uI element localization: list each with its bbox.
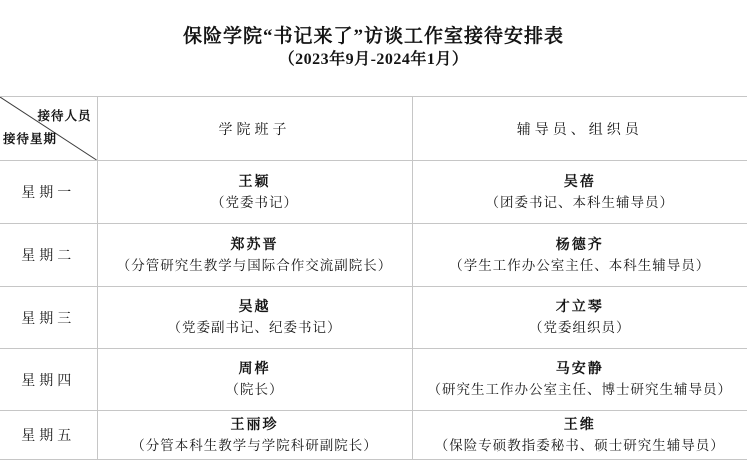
table-row: 星期五王丽珍（分管本科生教学与学院科研副院长）王维（保险专硕教指委秘书、硕士研究… — [0, 411, 747, 460]
title-block: 保险学院“书记来了”访谈工作室接待安排表 （2023年9月-2024年1月） — [0, 0, 747, 71]
weekday-label: 星期四 — [0, 349, 97, 411]
counselor-name: 杨德齐 — [417, 236, 744, 256]
weekday-label: 星期二 — [0, 224, 97, 287]
counselor-cell: 马安静（研究生工作办公室主任、博士研究生辅导员） — [412, 349, 747, 411]
counselor-cell: 杨德齐（学生工作办公室主任、本科生辅导员） — [412, 224, 747, 287]
table-row: 星期三吴越（党委副书记、纪委书记）才立琴（党委组织员） — [0, 287, 747, 349]
page-subtitle: （2023年9月-2024年1月） — [0, 49, 747, 71]
leader-title: （党委副书记、纪委书记） — [102, 318, 408, 337]
leader-title: （分管本科生教学与学院科研副院长） — [102, 436, 408, 455]
weekday-label: 星期五 — [0, 411, 97, 460]
counselor-title: （学生工作办公室主任、本科生辅导员） — [417, 256, 744, 275]
leader-title: （党委书记） — [102, 193, 408, 212]
leader-cell: 王丽珍（分管本科生教学与学院科研副院长） — [97, 411, 412, 460]
counselor-title: （研究生工作办公室主任、博士研究生辅导员） — [417, 380, 744, 399]
leader-cell: 吴越（党委副书记、纪委书记） — [97, 287, 412, 349]
counselor-cell: 才立琴（党委组织员） — [412, 287, 747, 349]
weekday-label: 星期一 — [0, 161, 97, 224]
leader-name: 吴越 — [102, 298, 408, 318]
corner-header-cell: 接待人员 接待星期 — [0, 97, 97, 161]
leader-name: 郑苏晋 — [102, 236, 408, 256]
table-row: 星期四周桦（院长）马安静（研究生工作办公室主任、博士研究生辅导员） — [0, 349, 747, 411]
corner-label-personnel: 接待人员 — [37, 106, 91, 124]
counselor-title: （保险专硕教指委秘书、硕士研究生辅导员） — [417, 436, 744, 455]
counselor-name: 马安静 — [417, 360, 744, 380]
leader-name: 王丽珍 — [102, 416, 408, 436]
header-row: 接待人员 接待星期 学院班子 辅导员、组织员 — [0, 97, 747, 161]
counselor-title: （团委书记、本科生辅导员） — [417, 193, 744, 212]
counselor-name: 吴蓓 — [417, 173, 744, 193]
counselor-name: 王维 — [417, 416, 744, 436]
counselor-cell: 吴蓓（团委书记、本科生辅导员） — [412, 161, 747, 224]
leader-cell: 周桦（院长） — [97, 349, 412, 411]
table-row: 星期一王颖（党委书记）吴蓓（团委书记、本科生辅导员） — [0, 161, 747, 224]
leader-title: （院长） — [102, 380, 408, 399]
table-row: 星期二郑苏晋（分管研究生教学与国际合作交流副院长）杨德齐（学生工作办公室主任、本… — [0, 224, 747, 287]
leader-title: （分管研究生教学与国际合作交流副院长） — [102, 256, 408, 275]
weekday-label: 星期三 — [0, 287, 97, 349]
schedule-table: 接待人员 接待星期 学院班子 辅导员、组织员 星期一王颖（党委书记）吴蓓（团委书… — [0, 96, 747, 460]
column-header-leadership: 学院班子 — [97, 97, 412, 161]
leader-name: 王颖 — [102, 173, 408, 193]
counselor-title: （党委组织员） — [417, 318, 744, 337]
leader-cell: 郑苏晋（分管研究生教学与国际合作交流副院长） — [97, 224, 412, 287]
corner-label-weekday: 接待星期 — [3, 129, 57, 147]
counselor-name: 才立琴 — [417, 298, 744, 318]
page-title: 保险学院“书记来了”访谈工作室接待安排表 — [0, 25, 747, 49]
counselor-cell: 王维（保险专硕教指委秘书、硕士研究生辅导员） — [412, 411, 747, 460]
leader-name: 周桦 — [102, 360, 408, 380]
leader-cell: 王颖（党委书记） — [97, 161, 412, 224]
column-header-counselors: 辅导员、组织员 — [412, 97, 747, 161]
